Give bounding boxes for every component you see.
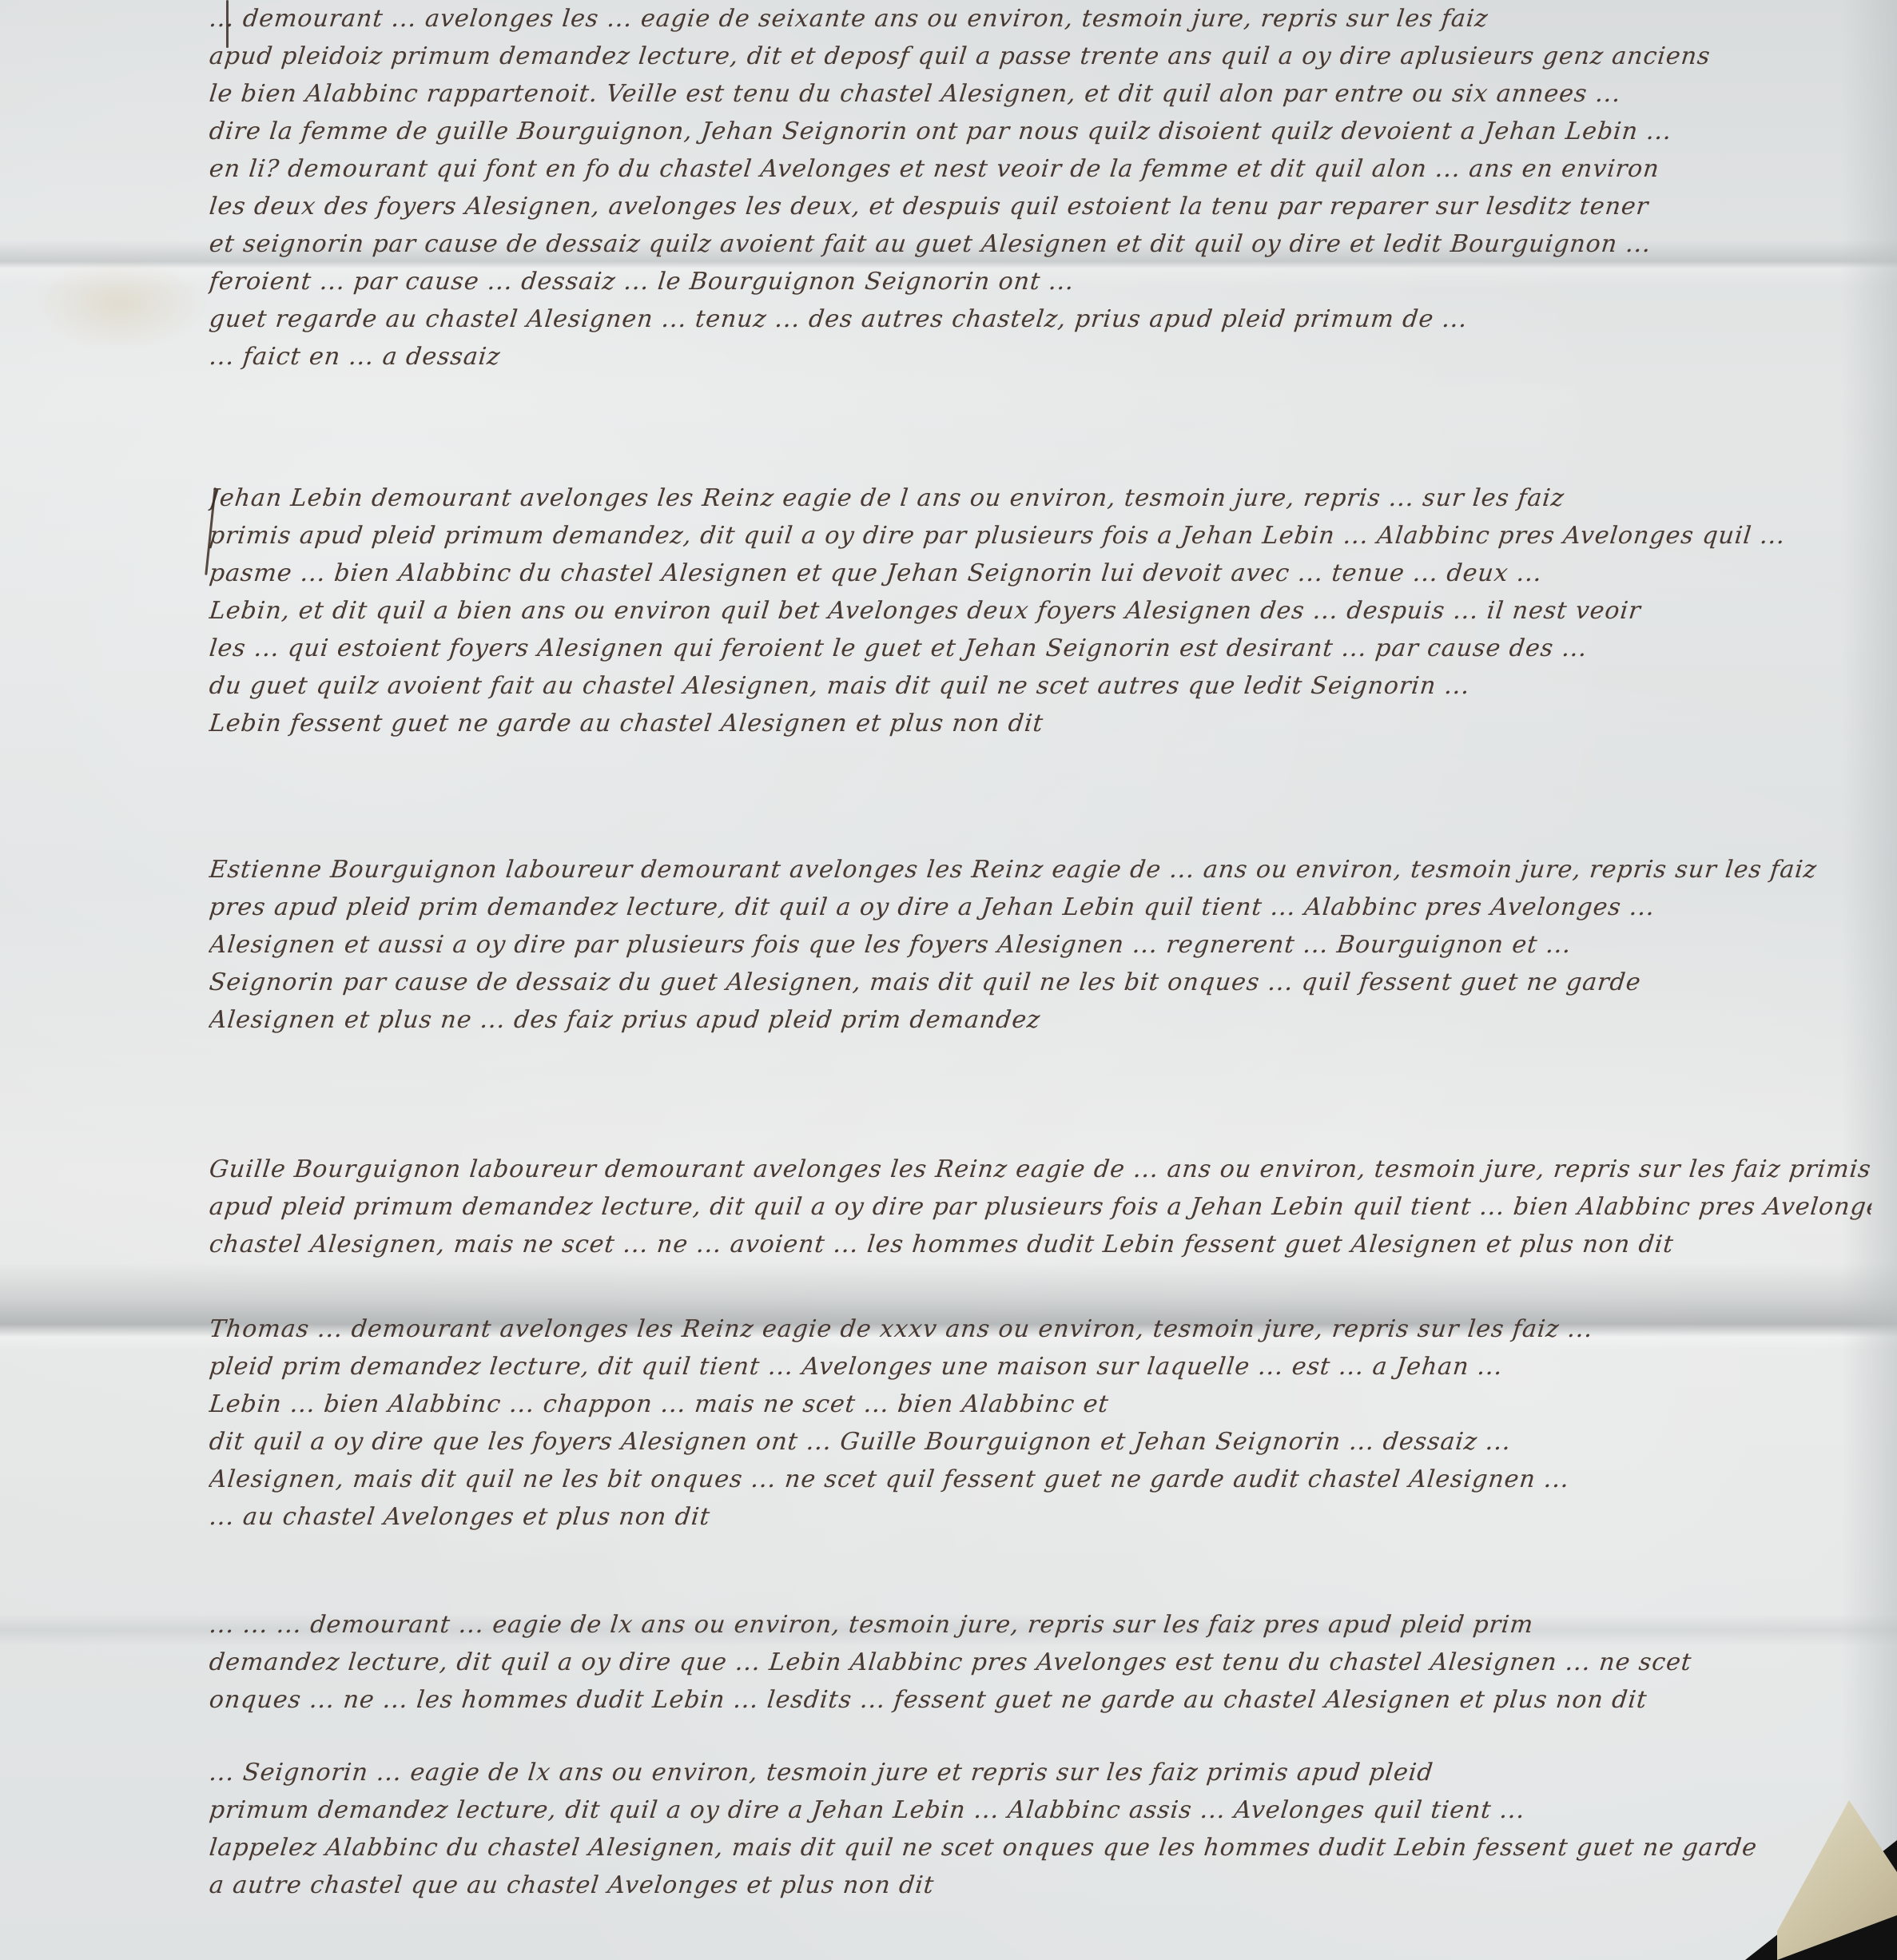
- manuscript-line: dit quil a oy dire que les foyers Alesig…: [208, 1423, 1874, 1461]
- manuscript-line: ... ... ... demourant ... eagie de lx an…: [208, 1606, 1874, 1644]
- manuscript-line: en li? demourant qui font en fo du chast…: [208, 150, 1874, 188]
- manuscript-line: guet regarde au chastel Alesignen ... te…: [208, 300, 1874, 338]
- manuscript-line: primis apud pleid primum demandez, dit q…: [208, 517, 1874, 555]
- manuscript-line: Lebin fessent guet ne garde au chastel A…: [208, 705, 1874, 742]
- manuscript-line: Seignorin par cause de dessaiz du guet A…: [208, 964, 1874, 1001]
- deposition-paragraph: ... ... ... demourant ... eagie de lx an…: [209, 1606, 1871, 1719]
- descender-stroke: [226, 0, 229, 48]
- manuscript-line: Lebin ... bien Alabbinc ... chappon ... …: [208, 1386, 1874, 1423]
- deponent-name: ... Seignorin: [208, 1754, 371, 1791]
- manuscript-line: lappelez Alabbinc du chastel Alesignen, …: [208, 1829, 1874, 1867]
- manuscript-line: et seignorin par cause de dessaiz quilz …: [208, 225, 1874, 263]
- manuscript-line: pleid prim demandez lecture, dit quil ti…: [208, 1348, 1874, 1386]
- manuscript-line: pasme ... bien Alabbinc du chastel Alesi…: [208, 555, 1874, 592]
- manuscript-line: Alesignen et plus ne ... des faiz prius …: [208, 1001, 1874, 1039]
- manuscript-line: Lebin, et dit quil a bien ans ou environ…: [208, 592, 1874, 630]
- deposition-paragraph: ... Seignorin ... eagie de lx ans ou env…: [209, 1754, 1871, 1904]
- manuscript-line: Alesignen et aussi a oy dire par plusieu…: [208, 926, 1874, 964]
- manuscript-line: du guet quilz avoient fait au chastel Al…: [208, 667, 1874, 705]
- water-stain: [32, 256, 208, 352]
- manuscript-line: ... faict en ... a dessaiz: [208, 338, 1874, 376]
- deposition-paragraph: Jehan Lebin demourant avelonges les Rein…: [209, 479, 1871, 742]
- manuscript-line: Estienne Bourguignon laboureur demourant…: [208, 851, 1874, 889]
- manuscript-line: pres apud pleid prim demandez lecture, d…: [208, 889, 1874, 926]
- manuscript-line: feroient ... par cause ... dessaiz ... l…: [208, 263, 1874, 300]
- manuscript-line: les ... qui estoient foyers Alesignen qu…: [208, 630, 1874, 667]
- manuscript-line: le bien Alabbinc rappartenoit. Veille es…: [208, 75, 1874, 113]
- manuscript-line: Guille Bourguignon laboureur demourant a…: [208, 1151, 1874, 1188]
- manuscript-line: ... demourant ... avelonges les ... eagi…: [208, 0, 1874, 38]
- manuscript-line: dire la femme de guille Bourguignon, Jeh…: [208, 113, 1874, 150]
- manuscript-line: onques ... ne ... les hommes dudit Lebin…: [208, 1681, 1874, 1719]
- manuscript-line: Thomas ... demourant avelonges les Reinz…: [208, 1310, 1874, 1348]
- deposition-paragraph: Guille Bourguignon laboureur demourant a…: [209, 1151, 1871, 1263]
- deponent-name: Estienne Bourguignon: [208, 851, 499, 889]
- manuscript-line: apud pleid primum demandez lecture, dit …: [208, 1188, 1874, 1226]
- deponent-name: Jehan Lebin: [208, 479, 366, 517]
- manuscript-line: chastel Alesignen, mais ne scet ... ne .…: [208, 1226, 1874, 1263]
- manuscript-line: Alesignen, mais dit quil ne les bit onqu…: [208, 1461, 1874, 1498]
- manuscript-line: apud pleidoiz primum demandez lecture, d…: [208, 38, 1874, 75]
- deponent-name: ... ...: [208, 1606, 271, 1644]
- manuscript-line: les deux des foyers Alesignen, avelonges…: [208, 188, 1874, 225]
- manuscript-line: ... au chastel Avelonges et plus non dit: [208, 1498, 1874, 1536]
- manuscript-line: primum demandez lecture, dit quil a oy d…: [208, 1791, 1874, 1829]
- deponent-name: Thomas ...: [208, 1310, 345, 1348]
- manuscript-line: demandez lecture, dit quil a oy dire que…: [208, 1644, 1874, 1681]
- deponent-name: Guille Bourguignon: [208, 1151, 463, 1188]
- manuscript-line: Jehan Lebin demourant avelonges les Rein…: [208, 479, 1874, 517]
- deposition-paragraph: Estienne Bourguignon laboureur demourant…: [209, 851, 1871, 1039]
- manuscript-line: a autre chastel que au chastel Avelonges…: [208, 1867, 1874, 1904]
- manuscript-line: ... Seignorin ... eagie de lx ans ou env…: [208, 1754, 1874, 1791]
- deposition-paragraph: ... demourant ... avelonges les ... eagi…: [209, 0, 1871, 376]
- deposition-paragraph: Thomas ... demourant avelonges les Reinz…: [209, 1310, 1871, 1536]
